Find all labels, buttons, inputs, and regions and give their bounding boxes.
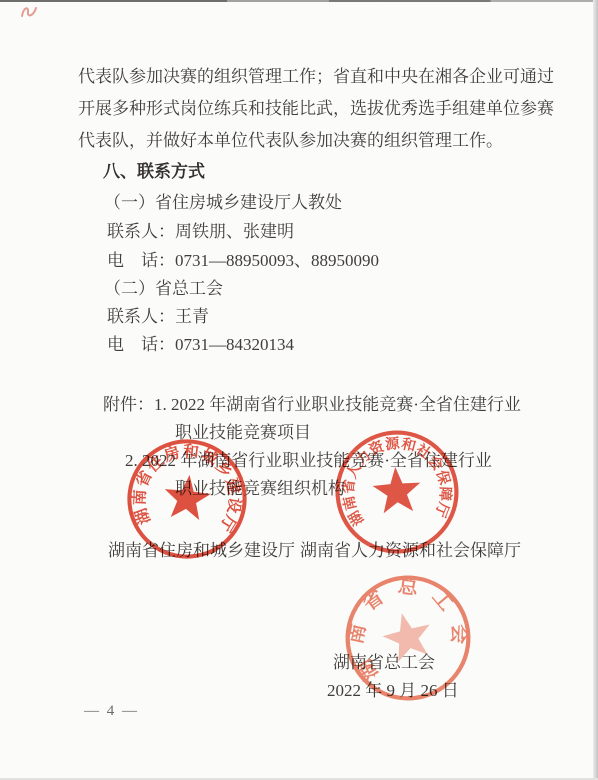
contact-phone-2: 电 话：0731—84320134 (107, 334, 294, 356)
star-icon (371, 465, 422, 514)
contact-person-2: 联系人：王青 (107, 306, 209, 328)
body-line: 代表队，并做好本单位代表队参加决赛的组织管理工作。 (78, 130, 503, 152)
attachment-line-1: 附件：1. 2022 年湖南省行业职业技能竞赛·全省住建行业 (103, 394, 521, 416)
star-icon (162, 472, 213, 521)
seal-hr-dept: 湖南省人力资源和社会保障厅 (328, 423, 467, 562)
contact-org-2: （二）省总工会 (104, 278, 223, 300)
seal-housing-dept: 湖南省住房和城乡建设厅 (118, 430, 256, 568)
star-icon (378, 607, 436, 663)
contact-person-1: 联系人：周铁朋、张建明 (107, 221, 294, 243)
scan-edge-top (0, 0, 598, 2)
section-heading-contact: 八、联系方式 (103, 161, 205, 183)
scanned-document-page: 代表队参加决赛的组织管理工作；省直和中央在湘各企业可通过 开展多种形式岗位练兵和… (0, 0, 598, 780)
scan-edge-right (593, 0, 598, 780)
body-line: 开展多种形式岗位练兵和技能比武，选拔优秀选手组建单位参赛 (78, 98, 554, 120)
contact-org-1: （一）省住房城乡建设厅人教处 (104, 192, 342, 214)
contact-phone-1: 电 话：0731—88950093、88950090 (107, 250, 379, 272)
body-line: 代表队参加决赛的组织管理工作；省直和中央在湘各企业可通过 (78, 66, 554, 88)
corner-pen-mark (20, 3, 40, 21)
page-number: — 4 — (84, 703, 139, 720)
